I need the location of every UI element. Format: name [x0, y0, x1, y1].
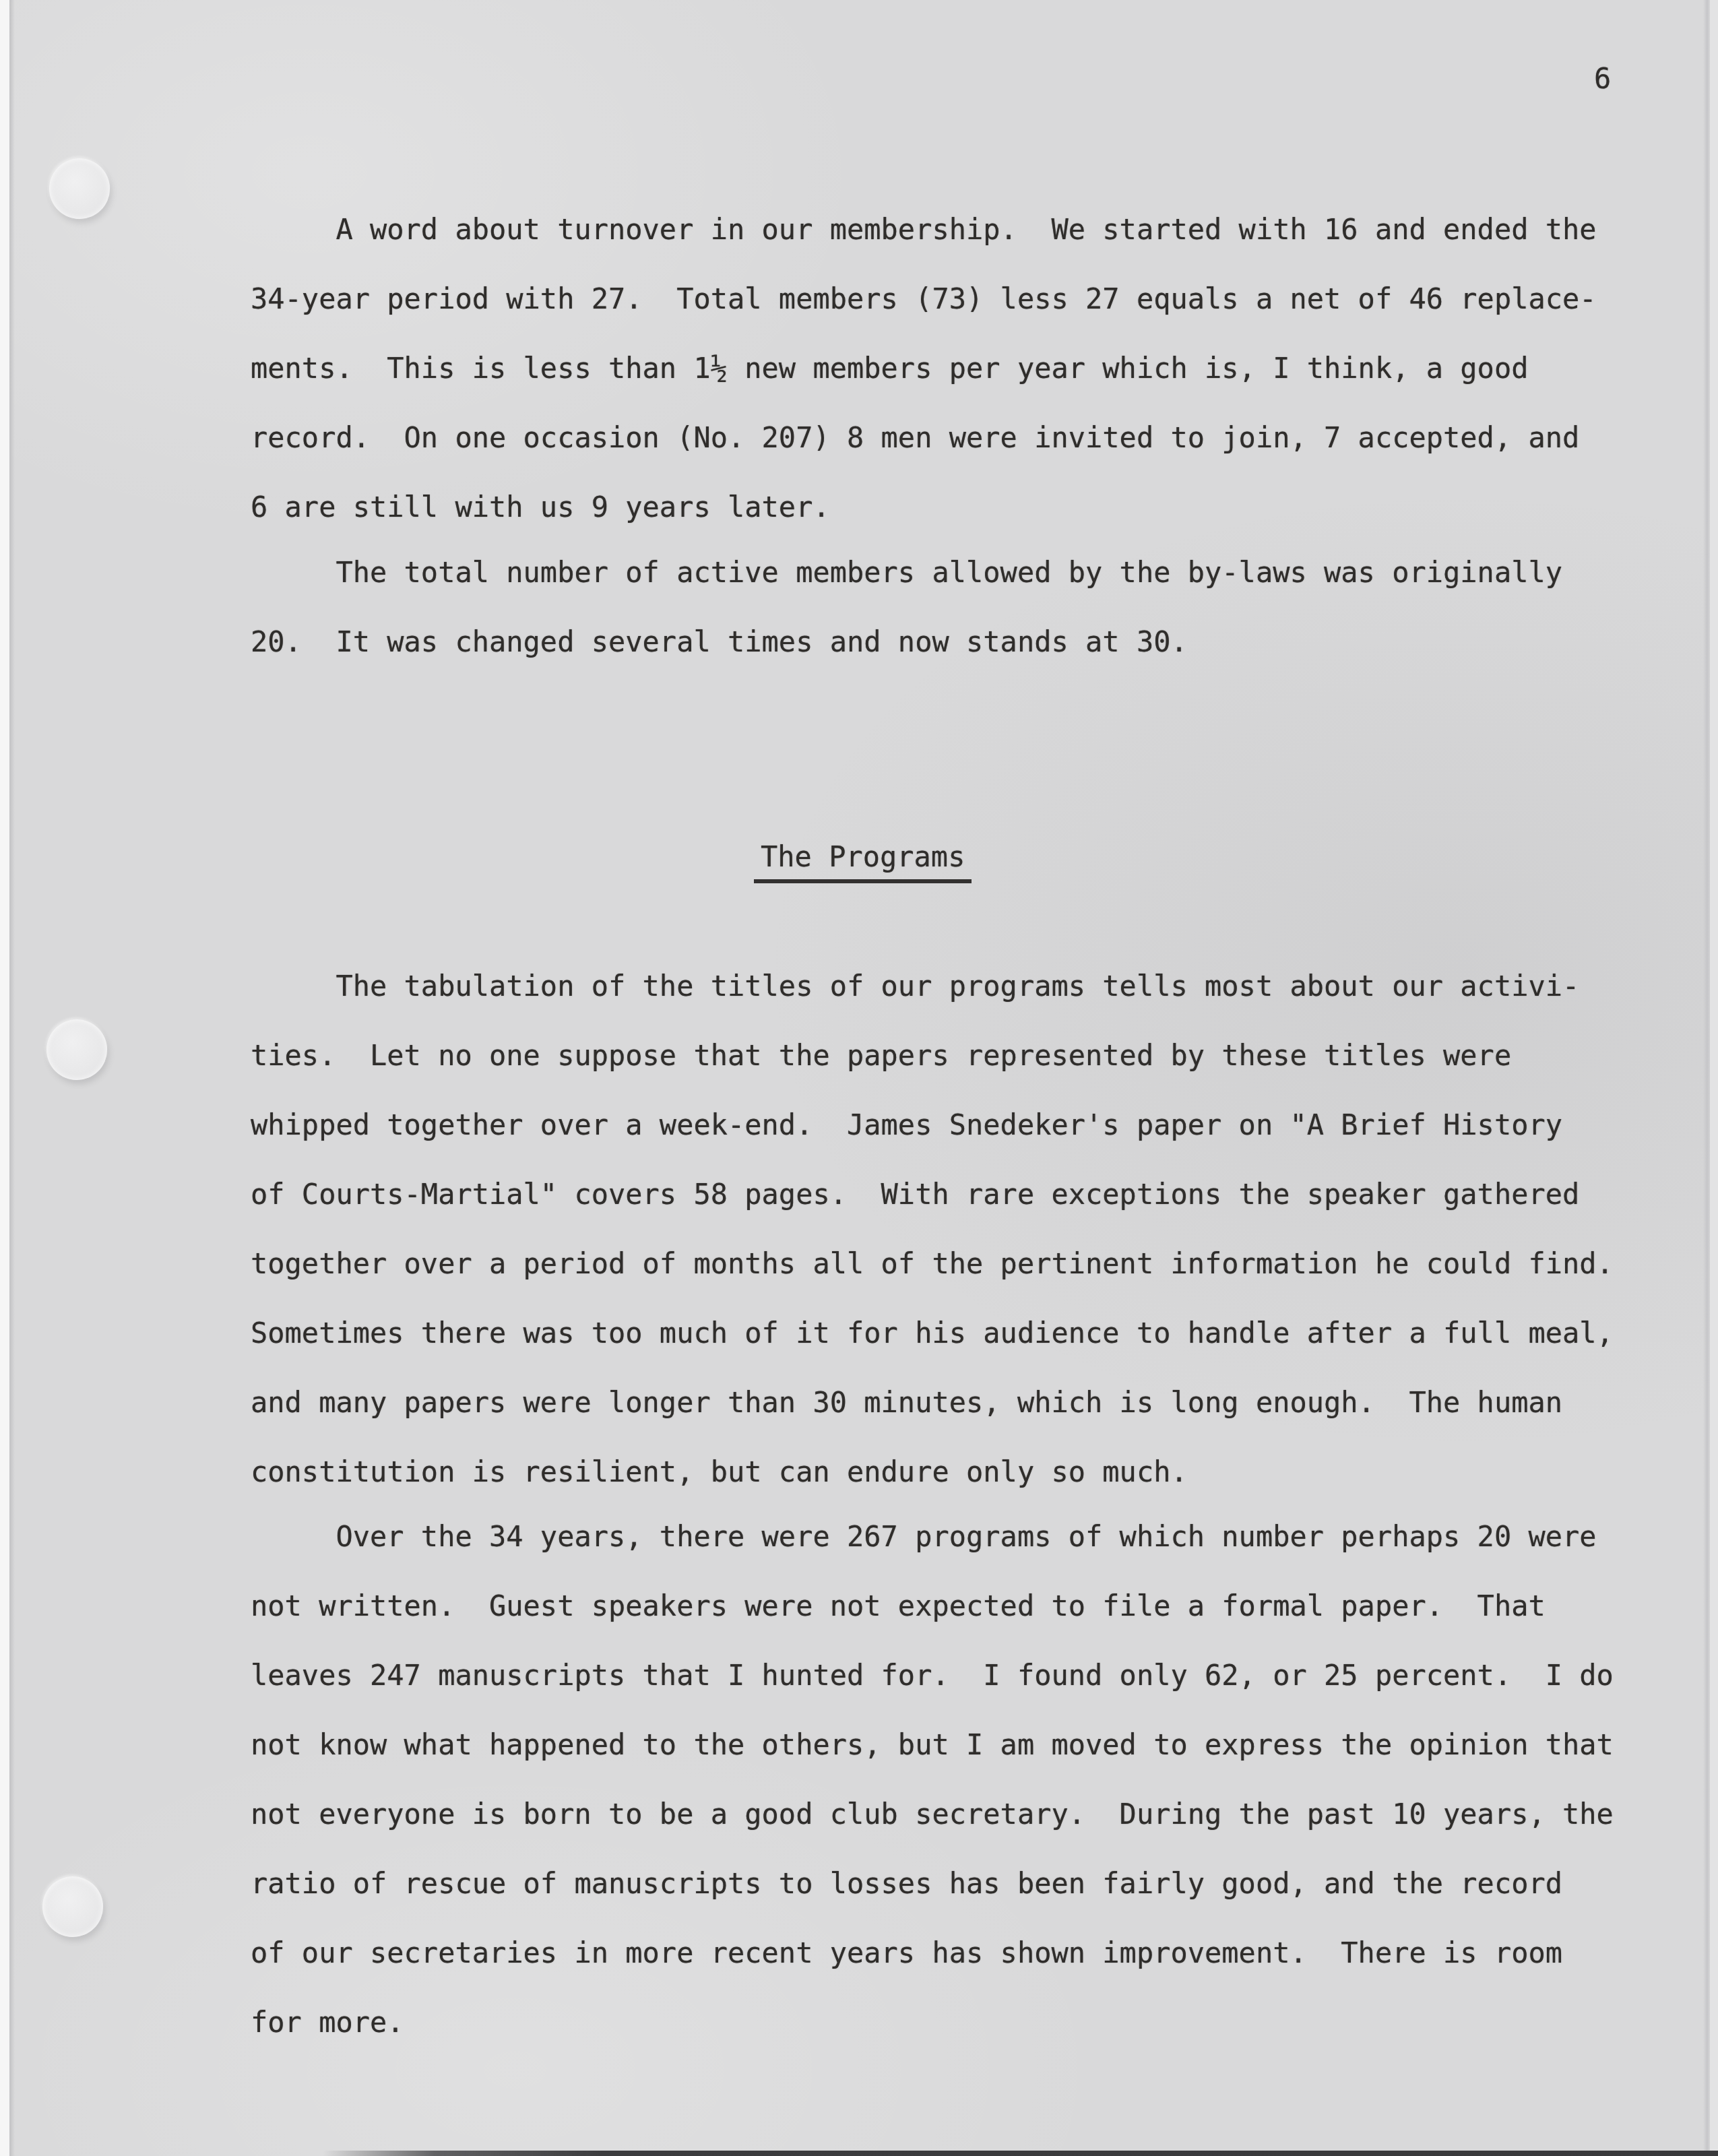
punch-hole-middle: [46, 1019, 107, 1080]
paper-right-groove: [1703, 0, 1710, 2156]
punch-hole-top: [49, 158, 110, 219]
paragraph-membership-turnover: A word about turnover in our membership.…: [251, 195, 1597, 542]
scan-left-edge: [0, 0, 9, 2156]
paragraph-program-titles: The tabulation of the titles of our prog…: [251, 951, 1614, 1507]
punch-hole-bottom: [42, 1876, 103, 1937]
paragraph-manuscripts: Over the 34 years, there were 267 progra…: [251, 1502, 1614, 2057]
section-heading-the-programs: The Programs: [754, 841, 972, 883]
paper-left-crease: [9, 0, 15, 2156]
paragraph-active-members: The total number of active members allow…: [251, 538, 1562, 676]
scan-right-edge: [1710, 0, 1718, 2156]
scan-bottom-edge-line: [323, 2151, 1718, 2156]
scanned-typewritten-page: 6 A word about turnover in our membershi…: [0, 0, 1718, 2156]
page-number: 6: [1594, 63, 1611, 95]
